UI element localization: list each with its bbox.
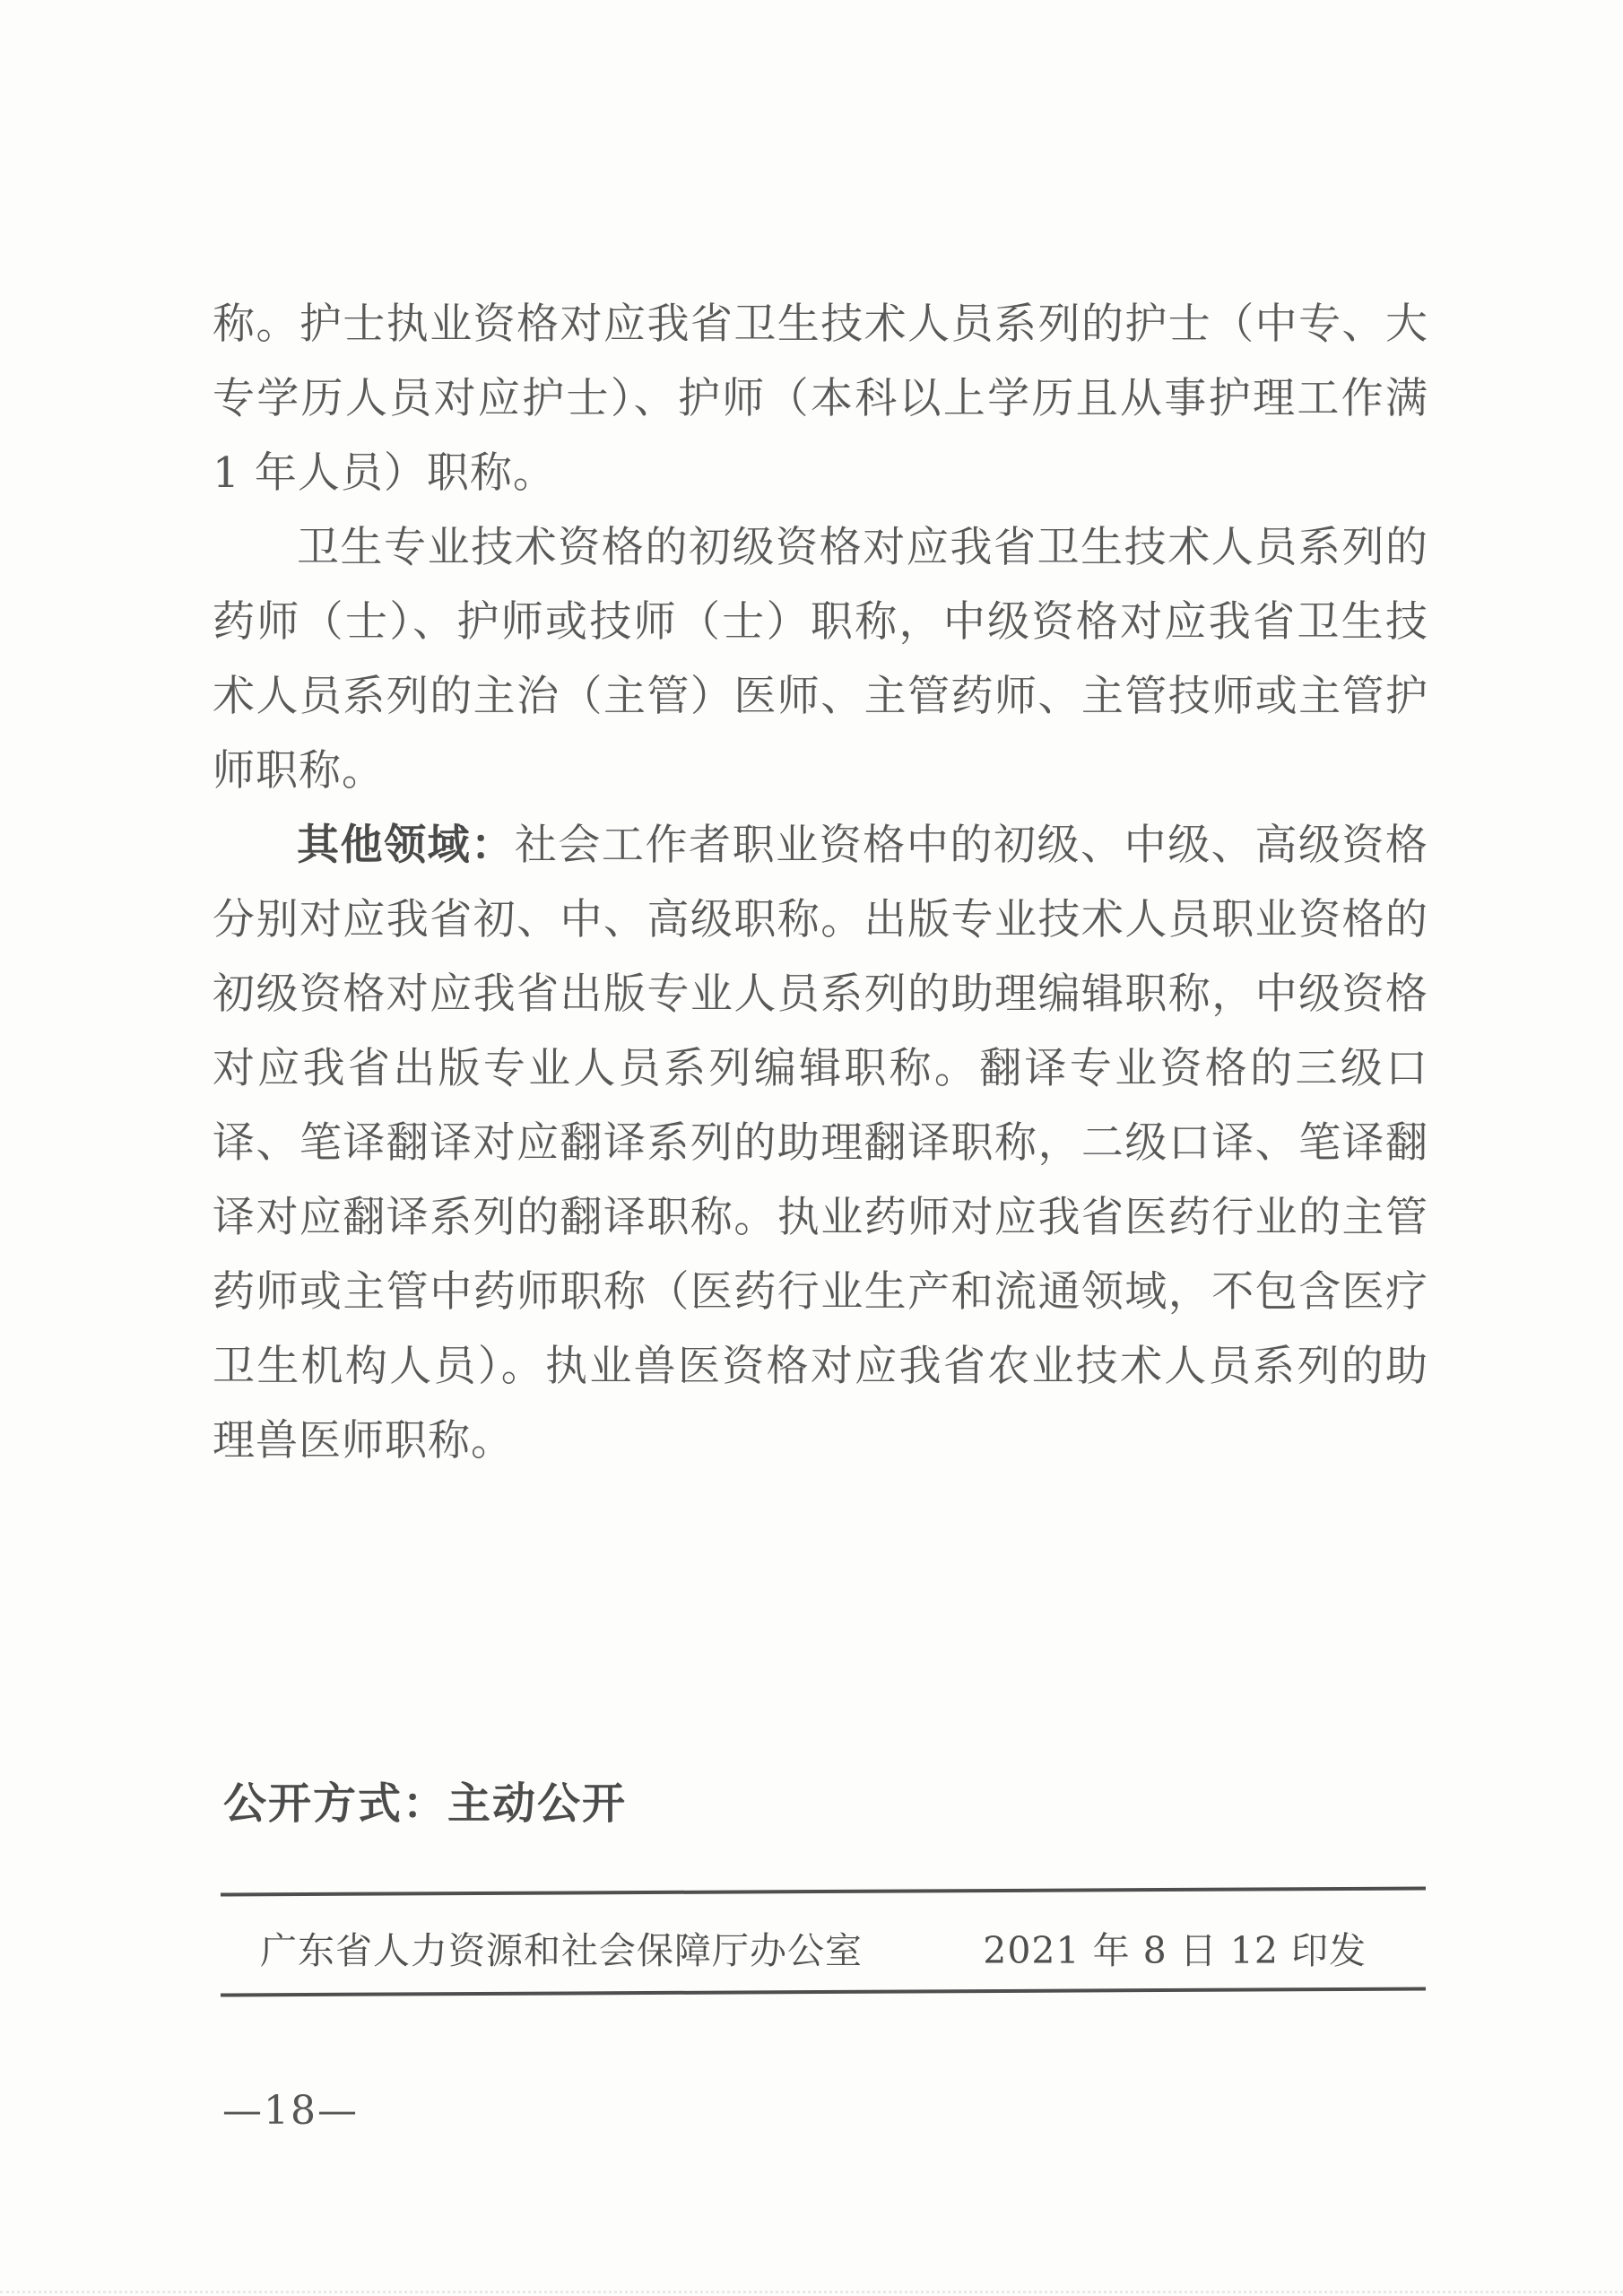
document-page: 称。护士执业资格对应我省卫生技术人员系列的护士（中专、大专学历人员对应护士）、护… xyxy=(0,0,1623,2296)
print-date: 2021 年 8 日 12 印发 xyxy=(983,1921,1426,1974)
paragraph: 卫生专业技术资格的初级资格对应我省卫生技术人员系列的药师（士）、护师或技师（士）… xyxy=(213,510,1428,808)
document-body: 称。护士执业资格对应我省卫生技术人员系列的护士（中专、大专学历人员对应护士）、护… xyxy=(213,287,1428,1478)
paragraph: 其他领域：社会工作者职业资格中的初级、中级、高级资格分别对应我省初、中、高级职称… xyxy=(213,808,1428,1478)
paragraph-text: 称。护士执业资格对应我省卫生技术人员系列的护士（中专、大专学历人员对应护士）、护… xyxy=(213,300,1428,498)
disclosure-method: 公开方式：主动公开 xyxy=(223,1769,627,1831)
paragraph-text: 卫生专业技术资格的初级资格对应我省卫生技术人员系列的药师（士）、护师或技师（士）… xyxy=(213,523,1428,796)
imprint-divider-bottom xyxy=(221,1987,1426,1996)
paragraph: 称。护士执业资格对应我省卫生技术人员系列的护士（中专、大专学历人员对应护士）、护… xyxy=(213,287,1428,510)
scan-edge-artifact xyxy=(0,2291,1623,2293)
page-number: —18— xyxy=(222,2088,359,2134)
paragraph-text: 社会工作者职业资格中的初级、中级、高级资格分别对应我省初、中、高级职称。出版专业… xyxy=(213,821,1428,1465)
imprint-divider-top xyxy=(221,1886,1426,1896)
imprint-row: 广东省人力资源和社会保障厅办公室 2021 年 8 日 12 印发 xyxy=(221,1921,1426,1974)
paragraph-lead: 其他领域： xyxy=(297,821,515,870)
issuing-office: 广东省人力资源和社会保障厅办公室 xyxy=(221,1921,863,1974)
